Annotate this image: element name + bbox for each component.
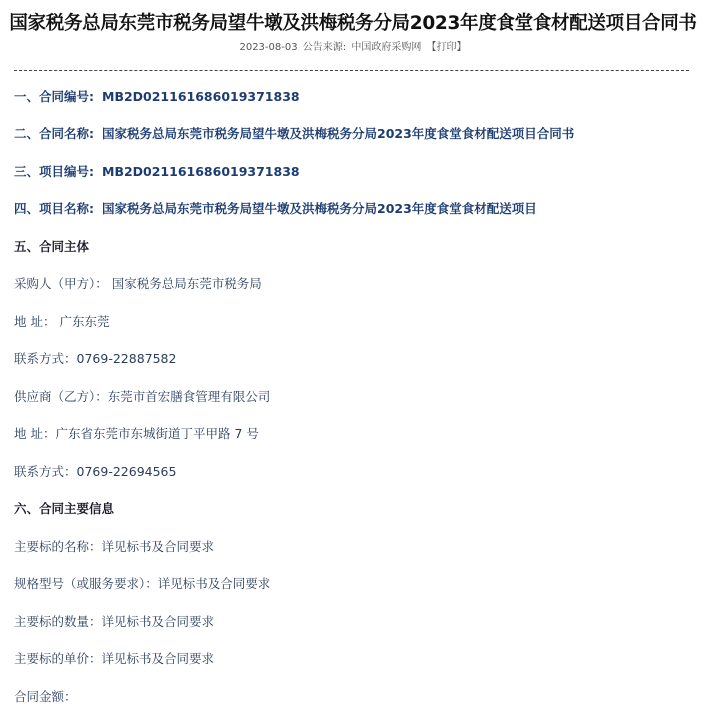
unit-price-value: 详见标书及合同要求: [102, 651, 215, 666]
unit-price-row: 主要标的单价：详见标书及合同要求: [14, 651, 214, 667]
supplier-address-value: 广东省东莞市东城街道丁平甲路 7 号: [55, 426, 258, 441]
contract-name-row: 二、合同名称:国家税务总局东莞市税务局望牛墩及洪梅税务分局2023年度食堂食材配…: [14, 126, 574, 142]
supplier-value: 东莞市首宏膳食管理有限公司: [108, 389, 271, 404]
project-name-row: 四、项目名称:国家税务总局东莞市税务局望牛墩及洪梅税务分局2023年度食堂食材配…: [14, 201, 537, 217]
supplier-contact-row: 联系方式：0769-22694565: [14, 464, 176, 480]
contract-number-row: 一、合同编号:MB2D021161686019371838: [14, 89, 300, 105]
project-number-value: MB2D021161686019371838: [102, 164, 300, 179]
spec-value: 详见标书及合同要求: [158, 576, 271, 591]
project-name-label: 四、项目名称:: [14, 201, 94, 216]
supplier-contact-label: 联系方式：: [14, 464, 77, 479]
item-name-label: 主要标的名称：: [14, 539, 102, 554]
supplier-contact-value: 0769-22694565: [77, 464, 177, 479]
spec-row: 规格型号（或服务要求）：详见标书及合同要求: [14, 576, 270, 592]
buyer-contact-row: 联系方式：0769-22887582: [14, 351, 176, 367]
buyer-address-label: 地 址：: [14, 314, 55, 329]
supplier-label: 供应商（乙方）：: [14, 389, 108, 404]
buyer-label: 采购人（甲方）：: [14, 276, 108, 291]
supplier-row: 供应商（乙方）：东莞市首宏膳食管理有限公司: [14, 389, 270, 405]
buyer-row: 采购人（甲方）：国家税务总局东莞市税务局: [14, 276, 262, 292]
supplier-address-label: 地 址：: [14, 426, 55, 441]
buyer-value: 国家税务总局东莞市税务局: [112, 276, 262, 291]
quantity-row: 主要标的数量：详见标书及合同要求: [14, 614, 214, 630]
print-link[interactable]: 【打印】: [427, 42, 467, 53]
quantity-label: 主要标的数量：: [14, 614, 102, 629]
contract-name-label: 二、合同名称:: [14, 126, 94, 141]
unit-price-label: 主要标的单价：: [14, 651, 102, 666]
buyer-address-row: 地 址：广东东莞: [14, 314, 110, 330]
contract-number-label: 一、合同编号:: [14, 89, 94, 104]
quantity-value: 详见标书及合同要求: [102, 614, 215, 629]
project-number-row: 三、项目编号:MB2D021161686019371838: [14, 164, 300, 180]
source-label: 公告来源:: [303, 42, 346, 53]
buyer-contact-label: 联系方式：: [14, 351, 77, 366]
supplier-address-row: 地 址：广东省东莞市东城街道丁平甲路 7 号: [14, 426, 259, 442]
project-number-label: 三、项目编号:: [14, 164, 94, 179]
spec-label: 规格型号（或服务要求）：: [14, 576, 158, 591]
project-name-value: 国家税务总局东莞市税务局望牛墩及洪梅税务分局2023年度食堂食材配送项目: [102, 201, 537, 216]
item-name-row: 主要标的名称：详见标书及合同要求: [14, 539, 214, 555]
contract-name-value: 国家税务总局东莞市税务局望牛墩及洪梅税务分局2023年度食堂食材配送项目合同书: [102, 126, 574, 141]
section-contract-main-info: 六、合同主要信息: [14, 501, 114, 517]
dashed-divider: [14, 70, 689, 71]
contract-amount-row: 合同金额：: [14, 689, 77, 705]
source-value: 中国政府采购网: [351, 42, 421, 53]
buyer-contact-value: 0769-22887582: [77, 351, 177, 366]
section-contract-parties: 五、合同主体: [14, 239, 89, 255]
item-name-value: 详见标书及合同要求: [102, 539, 215, 554]
page-title: 国家税务总局东莞市税务局望牛墩及洪梅税务分局2023年度食堂食材配送项目合同书: [0, 9, 706, 35]
article-meta: 2023-08-03 公告来源: 中国政府采购网 【打印】: [0, 38, 706, 53]
buyer-address-value: 广东东莞: [59, 314, 109, 329]
publish-date: 2023-08-03: [239, 42, 297, 53]
contract-number-value: MB2D021161686019371838: [102, 89, 300, 104]
contract-amount-label: 合同金额：: [14, 689, 77, 704]
